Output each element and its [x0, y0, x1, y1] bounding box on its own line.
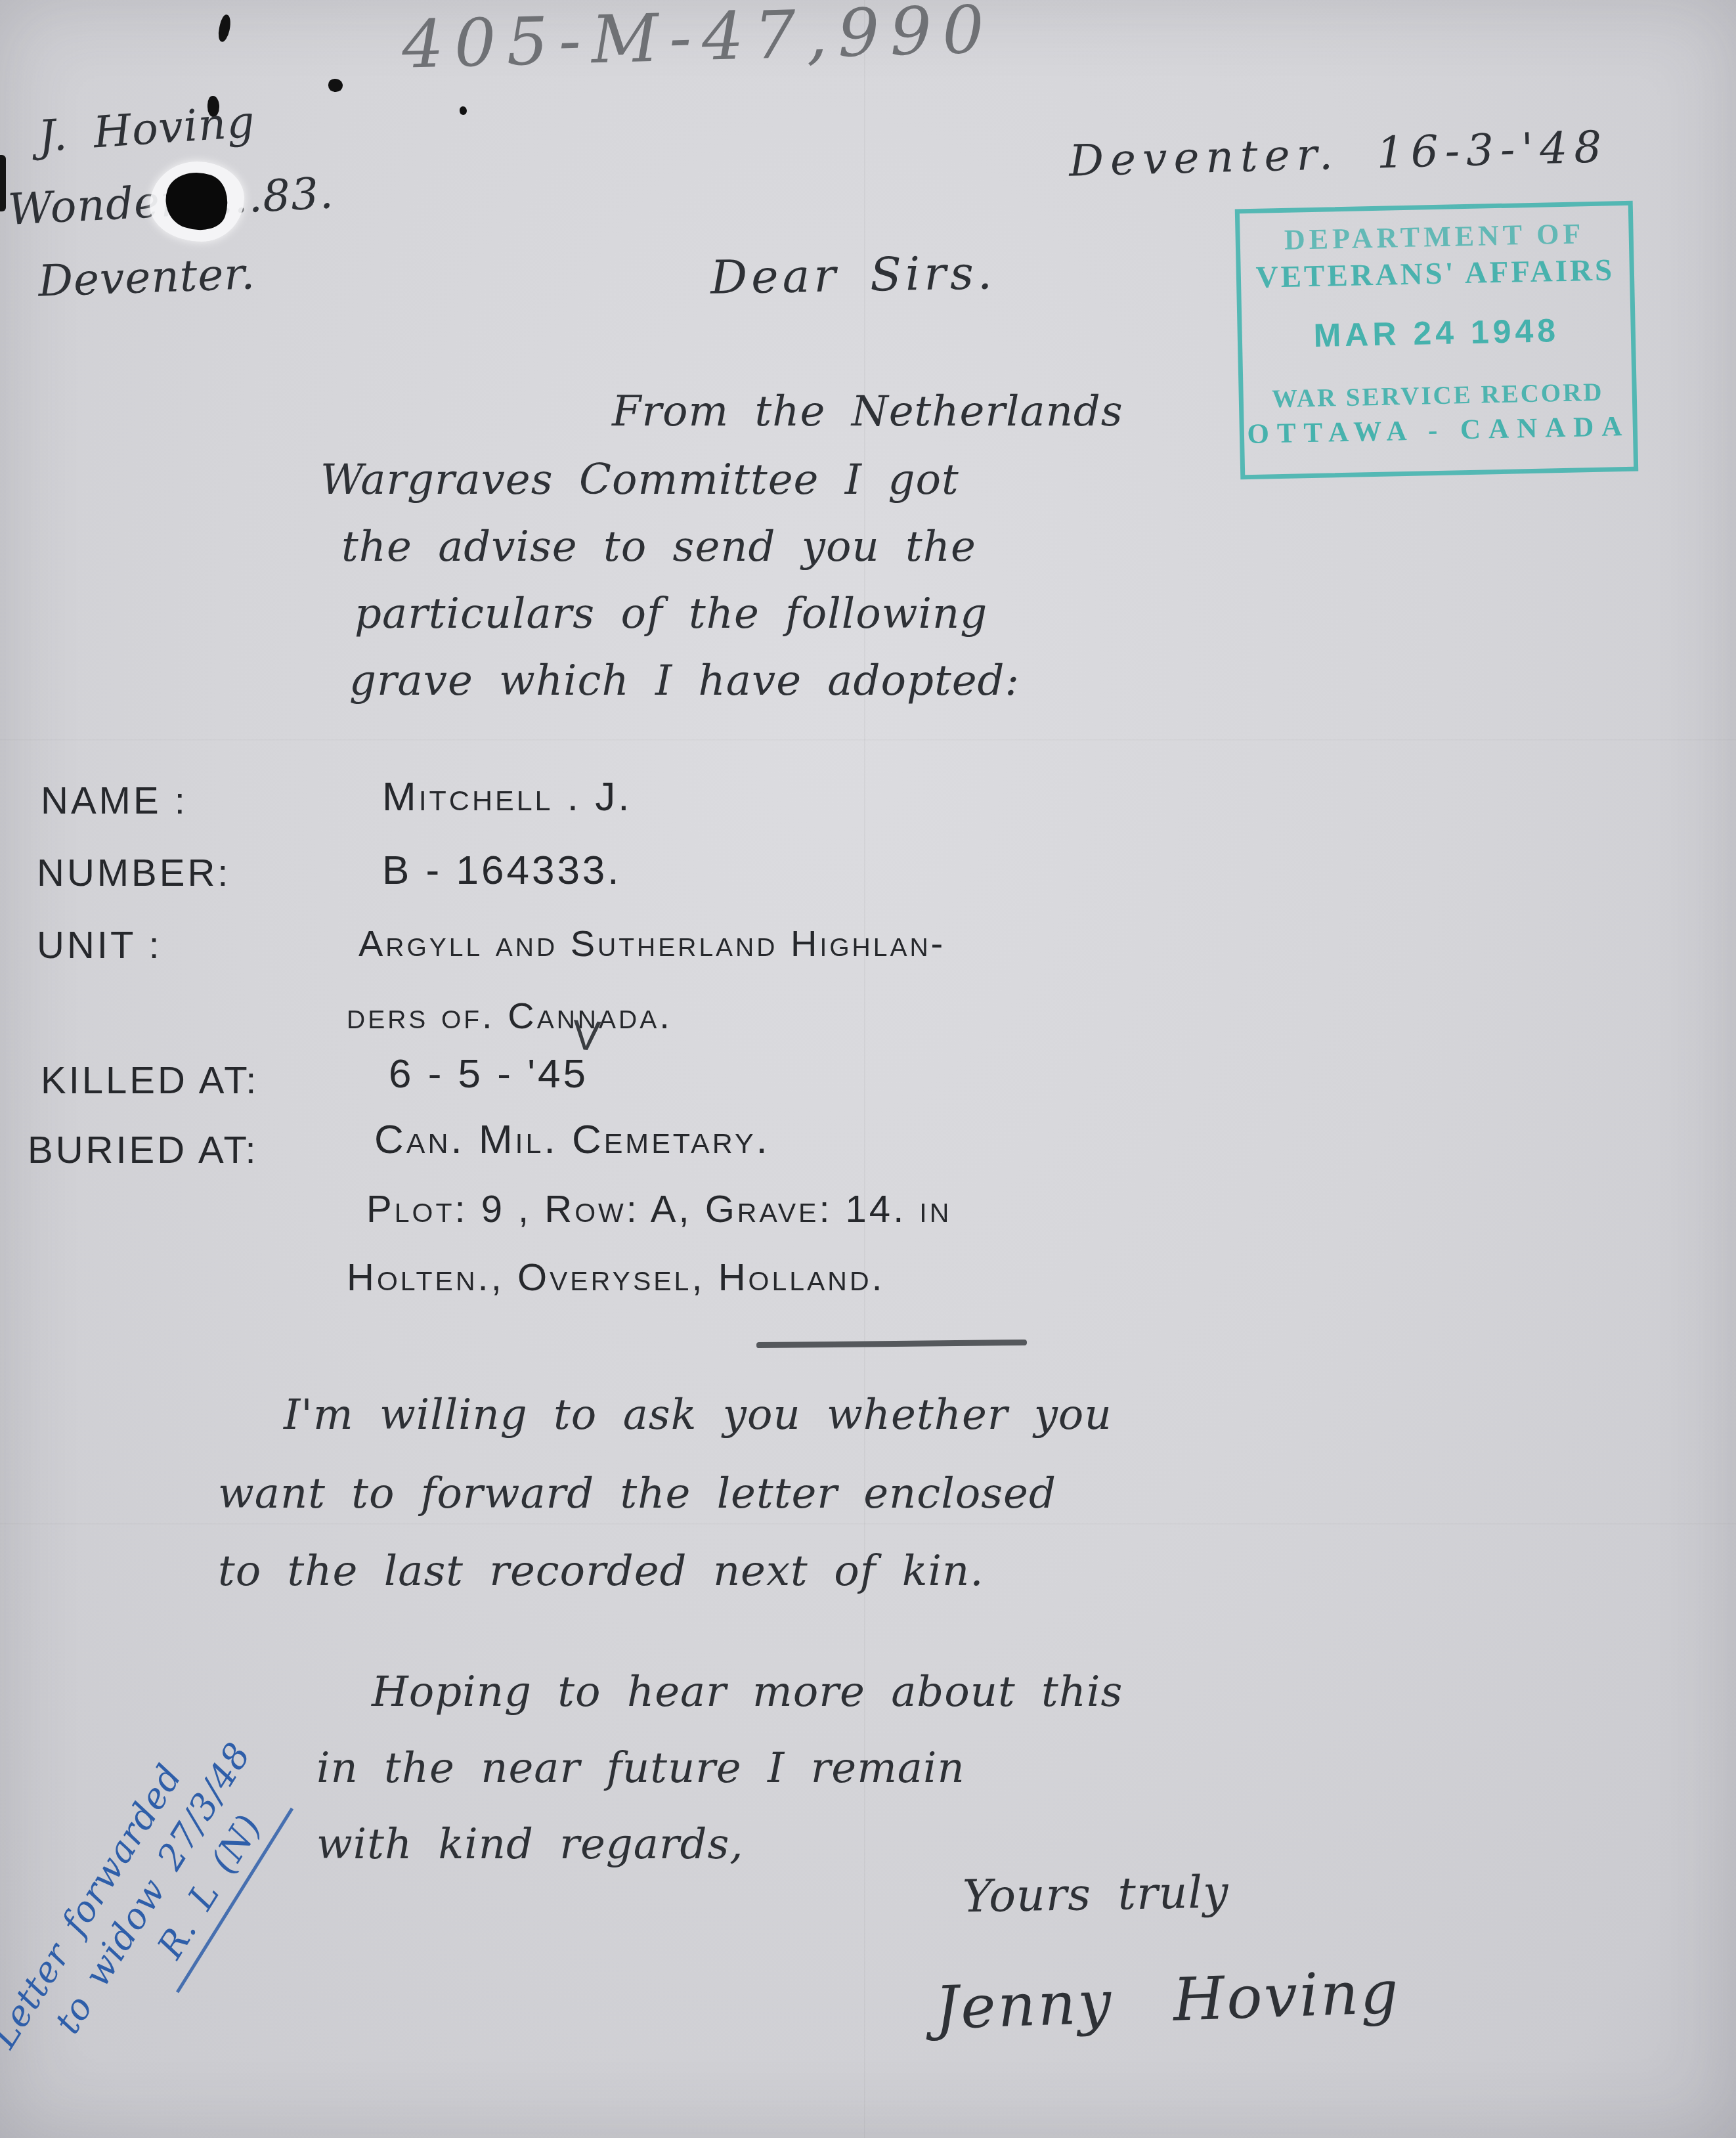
fold-crease-horizontal-1 — [0, 739, 1736, 741]
paragraph1-line: From the Netherlands — [612, 387, 1123, 436]
detail-value-place: Holten., Overysel, Holland. — [347, 1255, 885, 1299]
detail-label-buried: BURIED AT: — [28, 1128, 259, 1172]
stamp-department-line: DEPARTMENT OF — [1240, 216, 1629, 257]
paragraph1-line: particulars of the following — [355, 590, 987, 638]
veterans-affairs-stamp: DEPARTMENT OF VETERANS' AFFAIRS MAR 24 1… — [1235, 201, 1638, 480]
ink-speck — [217, 14, 232, 43]
detail-value-buried: Can. Mil. Cemetary. — [374, 1116, 770, 1163]
detail-value-name: Mitchell . J. — [382, 774, 632, 820]
paragraph3-line: in the near future I remain — [316, 1744, 965, 1793]
archival-number: 405-M-47,990 — [401, 0, 996, 83]
detail-value-grave: Plot: 9 , Row: A, Grave: 14. in — [366, 1187, 951, 1231]
forwarding-note: Letter forwarded to widow 27/3/48 R. L (… — [0, 1675, 328, 2110]
signature: Jenny Hoving — [934, 1958, 1401, 2043]
paragraph1-line: grave which I have adopted: — [349, 657, 1020, 705]
paragraph3-line: Hoping to hear more about this — [372, 1668, 1123, 1716]
valediction: Yours truly — [962, 1866, 1229, 1923]
letter-page: 405-M-47,990 J. Hoving Wonders….83. Deve… — [0, 0, 1736, 2138]
fold-crease-vertical — [864, 0, 866, 2138]
ink-speck — [460, 106, 467, 115]
underline-mark — [756, 1340, 1027, 1348]
detail-value-unit-line2: ders of. Cannada. — [347, 994, 672, 1037]
detail-value-killed: 6 - 5 - '45 — [389, 1051, 588, 1097]
paragraph1-line: Wargraves Committee I got — [320, 456, 959, 504]
detail-label-name: NAME : — [41, 779, 188, 823]
sender-name: J. Hoving — [37, 97, 257, 162]
salutation: Dear Sirs. — [710, 246, 996, 305]
detail-value-number: B - 164333. — [382, 847, 622, 894]
stamp-date: MAR 24 1948 — [1242, 310, 1631, 356]
paragraph2-line: to the last recorded next of kin. — [218, 1547, 984, 1596]
edge-mark — [0, 155, 6, 211]
detail-label-killed: KILLED AT: — [41, 1058, 259, 1102]
detail-value-unit-line1: Argyll and Sutherland Highlan- — [358, 922, 945, 965]
stamp-ottawa-line: OTTAWA - CANADA — [1244, 410, 1633, 450]
fold-crease-horizontal-2 — [0, 1523, 1736, 1525]
detail-label-unit: UNIT : — [37, 923, 162, 967]
ink-speck — [328, 79, 343, 92]
paragraph2-line: I'm willing to ask you whether you — [284, 1391, 1112, 1439]
paragraph1-line: the advise to send you the — [341, 523, 976, 571]
paragraph2-line: want to forward the letter enclosed — [218, 1470, 1056, 1518]
sender-city: Deventer. — [37, 248, 256, 306]
date-line: Deventer. 16-3-'48 — [1068, 121, 1609, 186]
stamp-war-service-line: WAR SERVICE RECORD — [1243, 377, 1632, 414]
paragraph3-line: with kind regards, — [316, 1820, 744, 1869]
detail-label-number: NUMBER: — [37, 851, 230, 895]
stamp-affairs-line: VETERANS' AFFAIRS — [1240, 252, 1630, 295]
